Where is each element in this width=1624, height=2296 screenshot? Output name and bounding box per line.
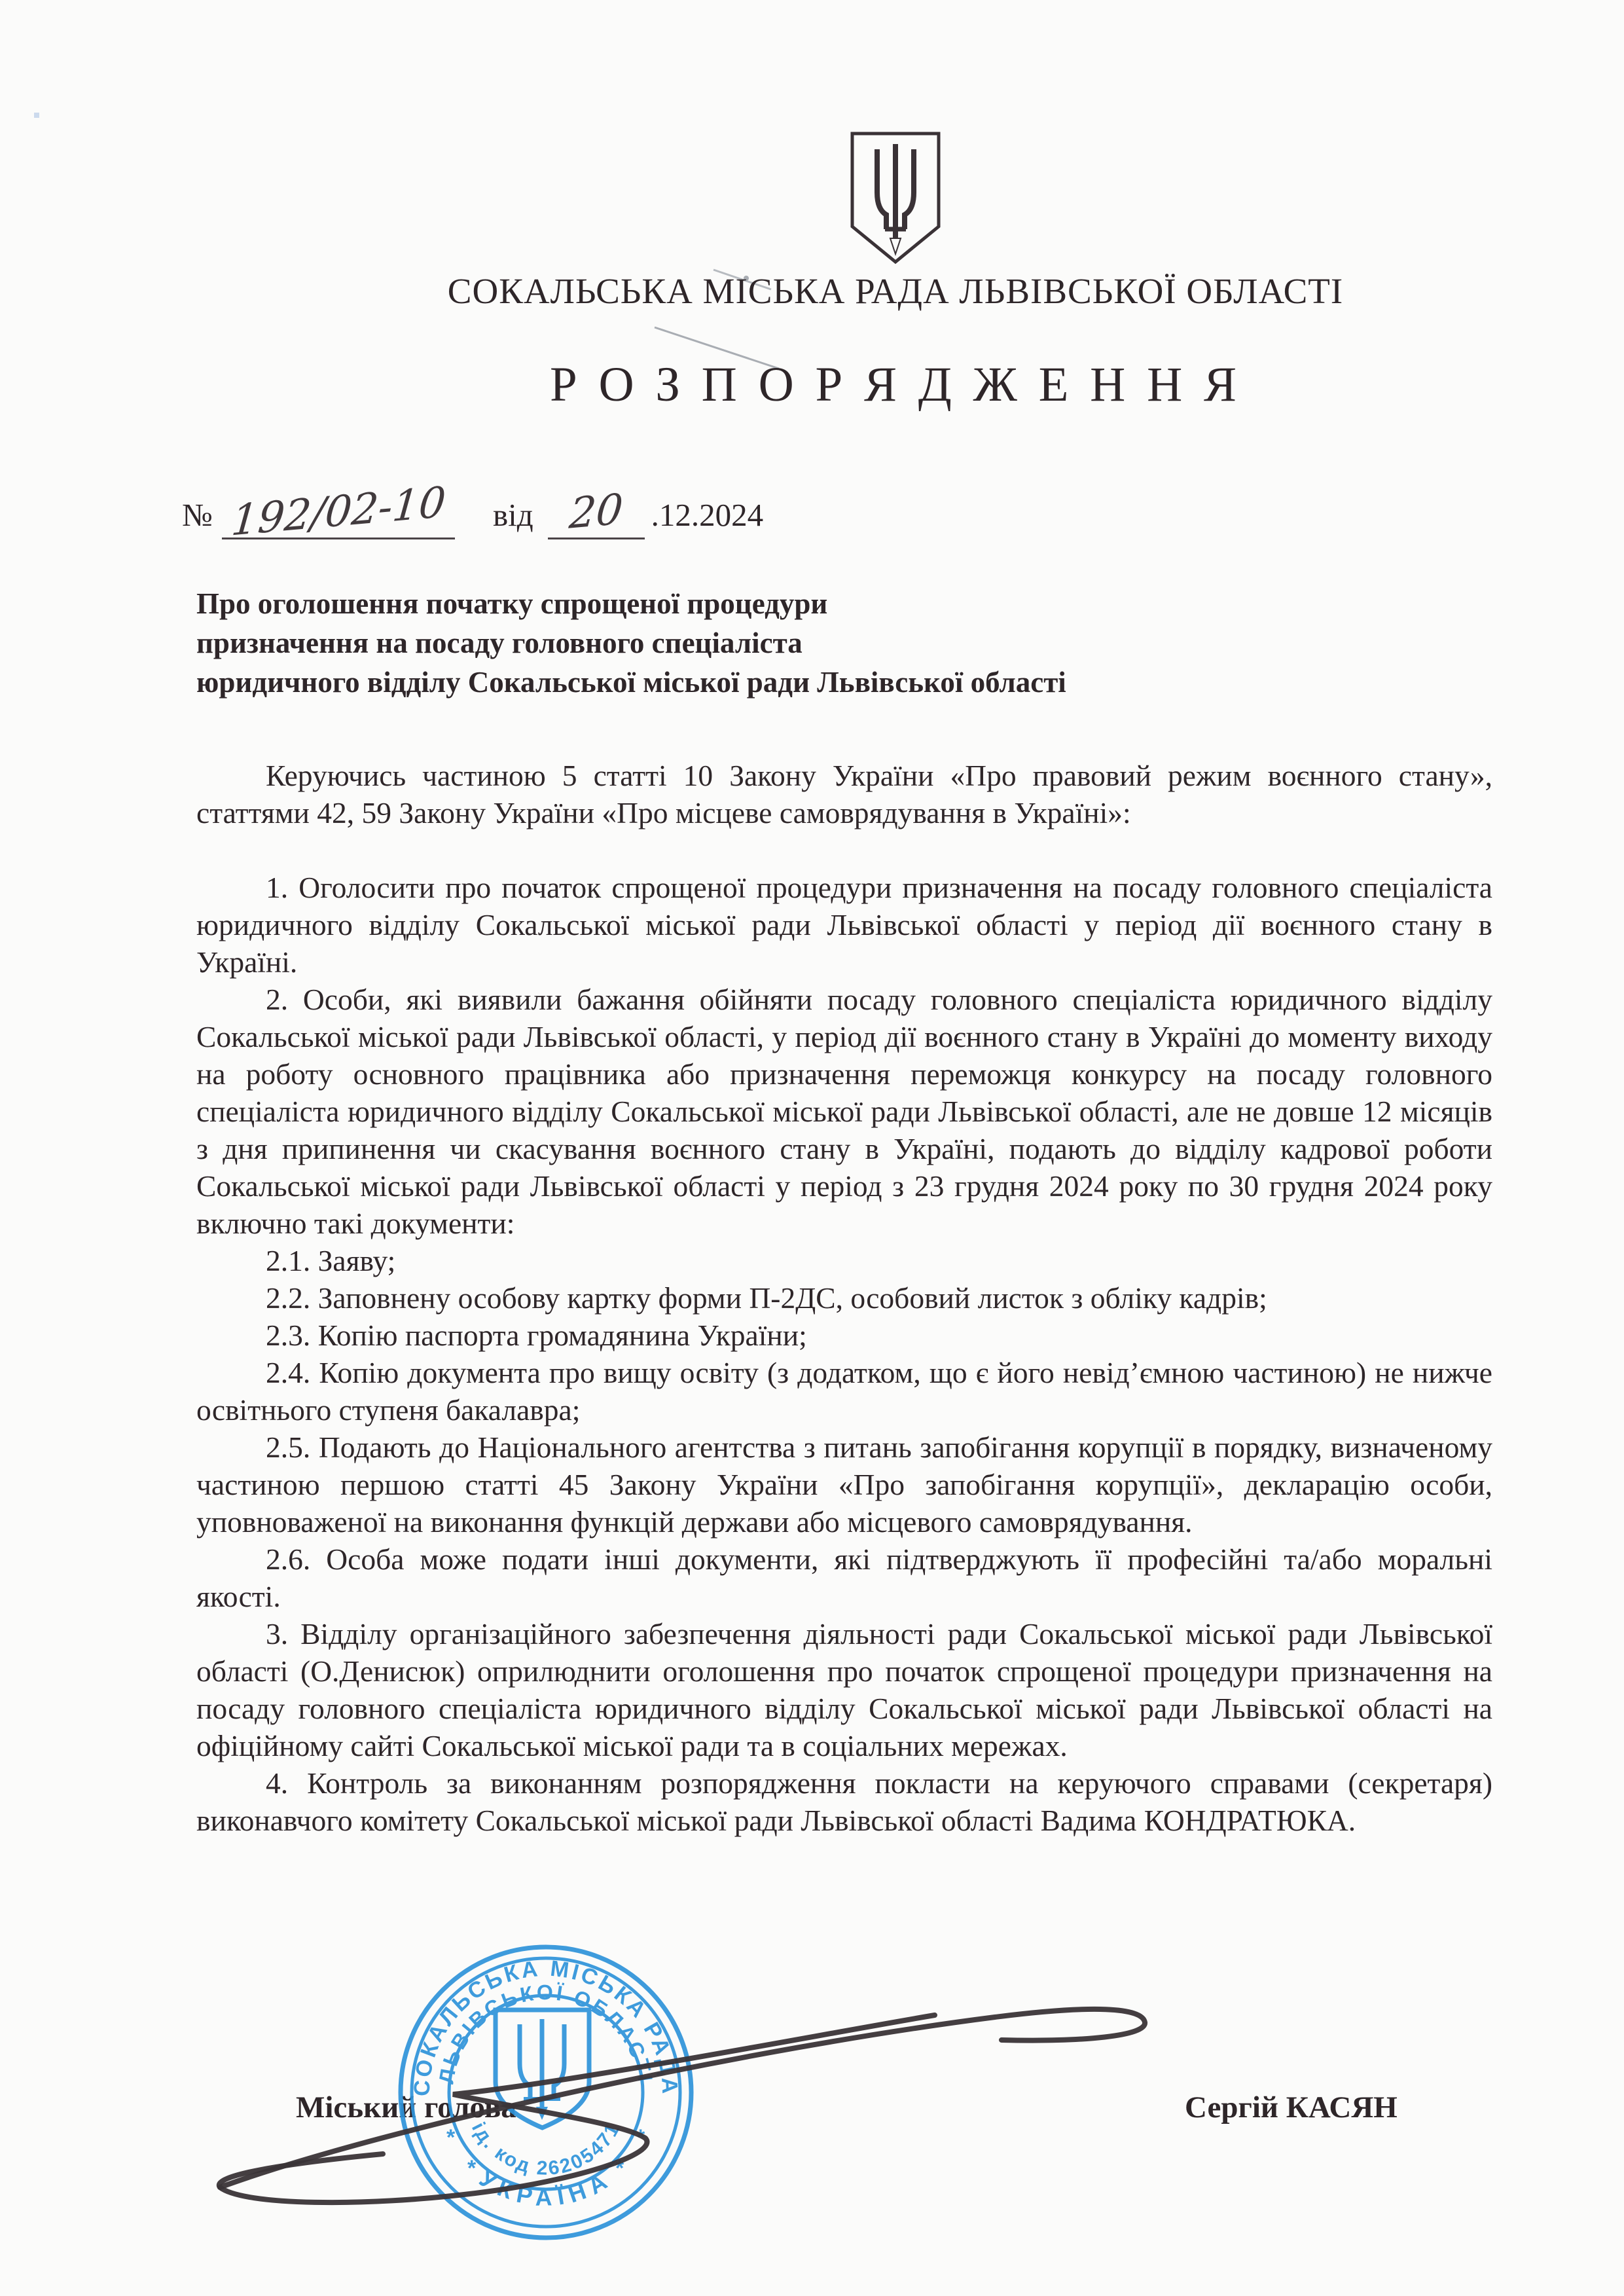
- paragraph: 2.2. Заповнену особову картку форми П-2Д…: [196, 1279, 1492, 1317]
- paragraph: 1. Оголосити про початок спрощеної проце…: [196, 869, 1492, 981]
- document-type-title: Р О З П О Р Я Д Ж Е Н Н Я: [196, 357, 1595, 413]
- paragraph: 2. Особи, які виявили бажання обійняти п…: [196, 981, 1492, 1242]
- paragraph: 2.5. Подають до Національного агентства …: [196, 1429, 1492, 1540]
- scanned-document-page: СОКАЛЬСЬКА МІСЬКА РАДА ЛЬВІВСЬКОЇ ОБЛАСТ…: [0, 0, 1624, 2296]
- paragraph: 4. Контроль за виконанням розпорядження …: [196, 1764, 1492, 1839]
- handwritten-day: 20: [568, 485, 625, 539]
- paragraph: 2.1. Заяву;: [196, 1242, 1492, 1279]
- paragraph: 2.3. Копію паспорта громадянина України;: [196, 1317, 1492, 1354]
- scan-speck: [34, 113, 39, 118]
- tryzub-emblem-icon: [847, 130, 944, 266]
- paragraph: Керуючись частиною 5 статті 10 Закону Ук…: [196, 757, 1492, 831]
- doc-day-field: 20: [548, 488, 645, 539]
- subject-line: призначення на посаду головного спеціалі…: [196, 623, 1066, 663]
- handwritten-signature: [196, 1964, 1178, 2226]
- subject-block: Про оголошення початку спрощеної процеду…: [196, 584, 1066, 702]
- org-name: СОКАЛЬСЬКА МІСЬКА РАДА ЛЬВІВСЬКОЇ ОБЛАСТ…: [196, 270, 1595, 312]
- subject-line: юридичного відділу Сокальської міської р…: [196, 663, 1066, 702]
- paragraph: 3. Відділу організаційного забезпечення …: [196, 1615, 1492, 1764]
- number-sign: №: [182, 496, 213, 534]
- date-word: від: [493, 496, 533, 534]
- doc-number-line: № 192/02-10 від 20 .12.2024: [182, 488, 763, 539]
- paragraph: 2.4. Копію документа про вищу освіту (з …: [196, 1354, 1492, 1429]
- doc-number-field: 192/02-10: [222, 488, 455, 539]
- date-month-year: .12.2024: [651, 496, 764, 534]
- document-body: Керуючись частиною 5 статті 10 Закону Ук…: [196, 757, 1492, 1839]
- handwritten-doc-number: 192/02-10: [229, 478, 448, 545]
- subject-line: Про оголошення початку спрощеної процеду…: [196, 584, 1066, 623]
- signer-name: Сергій КАСЯН: [1185, 2090, 1398, 2125]
- paragraph: 2.6. Особа може подати інші документи, я…: [196, 1540, 1492, 1615]
